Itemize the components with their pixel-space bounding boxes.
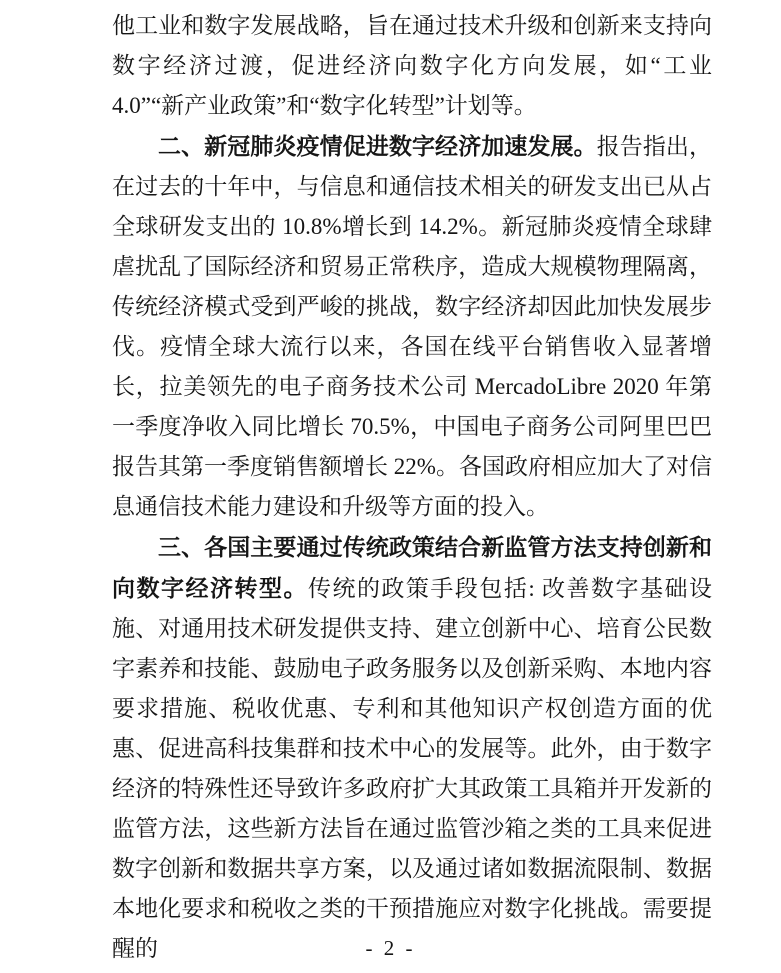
heading-run: 二、新冠肺炎疫情促进数字经济加速发展。 [158,133,597,159]
text-run: 报告指出，在过去的十年中，与信息和通信技术相关的研发支出已从占全球研发支出的 1… [112,134,712,519]
paragraph: 他工业和数字发展战略，旨在通过技术升级和创新来支持向数字经济过渡，促进经济向数字… [112,6,712,126]
document-body: 他工业和数字发展战略，旨在通过技术升级和创新来支持向数字经济过渡，促进经济向数字… [112,6,712,969]
text-run: 他工业和数字发展战略，旨在通过技术升级和创新来支持向数字经济过渡，促进经济向数字… [112,13,712,118]
paragraph: 二、新冠肺炎疫情促进数字经济加速发展。报告指出，在过去的十年中，与信息和通信技术… [112,126,712,527]
document-page: 他工业和数字发展战略，旨在通过技术升级和创新来支持向数字经济过渡，促进经济向数字… [0,0,781,973]
paragraph: 三、各国主要通过传统政策结合新监管方法支持创新和向数字经济转型。传统的政策手段包… [112,527,712,969]
page-number: - 2 - [0,936,781,961]
text-run: 传统的政策手段包括: 改善数字基础设施、对通用技术研发提供支持、建立创新中心、培… [112,576,712,961]
